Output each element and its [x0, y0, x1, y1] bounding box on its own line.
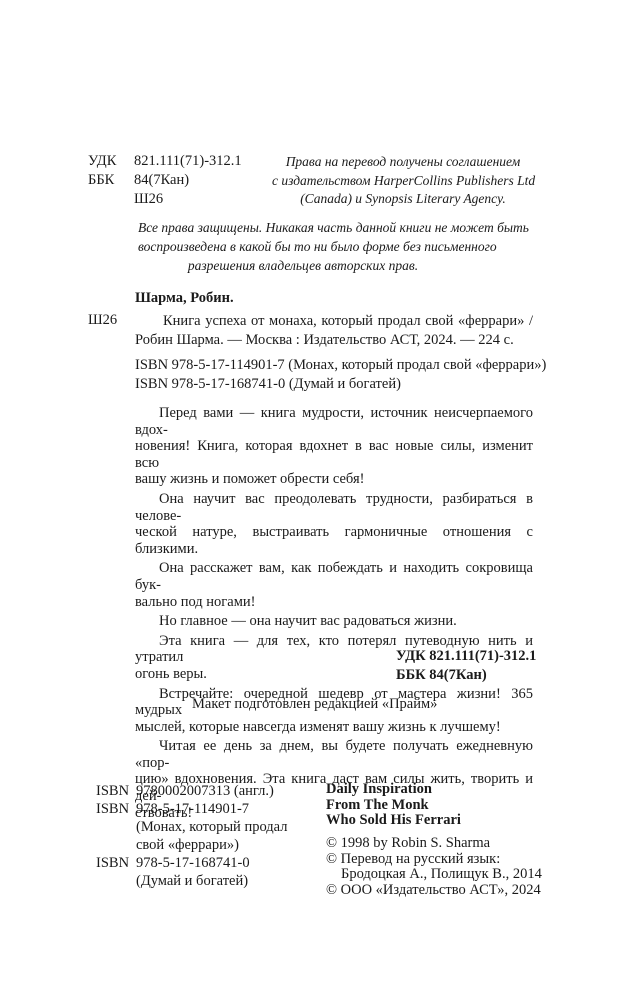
isbn-label: ISBN	[96, 854, 136, 872]
isbn-value: 978-5-17-114901-7	[136, 800, 249, 818]
annotation-line: Перед вами — книга мудрости, источник не…	[135, 405, 533, 438]
isbn-value: 978-5-17-168741-0	[136, 854, 250, 872]
annotation-line: Она научит вас преодолевать трудности, р…	[135, 491, 533, 524]
udk-label: УДК	[88, 152, 134, 171]
copyright-line: © ООО «Издательство АСТ», 2024	[326, 883, 542, 899]
copyright-line: © 1998 by Robin S. Sharma	[326, 836, 542, 852]
copyright-notices: © 1998 by Robin S. Sharma © Перевод на р…	[326, 836, 542, 898]
author-sign-code: Ш26	[88, 312, 117, 329]
isbn-line: ISBN 978-5-17-168741-0 (Думай и богатей)	[135, 375, 546, 394]
isbn-note: свой «феррари»)	[136, 836, 239, 854]
bbk-row: ББК 84(7Кан)	[88, 171, 242, 190]
annotation-line: Читая ее день за днем, вы будете получат…	[135, 738, 533, 771]
udk-bbk-footer: УДК 821.111(71)-312.1 ББК 84(7Кан)	[396, 647, 536, 684]
isbn-value: 9780002007313 (англ.)	[136, 782, 274, 800]
annotation: Перед вами — книга мудрости, источник не…	[135, 405, 533, 824]
annotation-paragraph: Она научит вас преодолевать трудности, р…	[135, 491, 533, 557]
bbk-footer: ББК 84(7Кан)	[396, 666, 536, 685]
annotation-line: Но главное — она научит вас радоваться ж…	[135, 613, 533, 630]
isbn-note: (Думай и богатей)	[136, 872, 248, 890]
original-title-line: From The Monk	[326, 798, 461, 814]
annotation-paragraph: Перед вами — книга мудрости, источник не…	[135, 405, 533, 488]
all-rights-line: воспроизведена в какой бы то ни было фор…	[138, 237, 468, 256]
annotation-paragraph: Она расскажет вам, как побеждать и наход…	[135, 560, 533, 610]
bbk-label: ББК	[88, 171, 134, 190]
annotation-line: ческой натуре, выстраивать гармоничные о…	[135, 524, 533, 557]
udk-footer: УДК 821.111(71)-312.1	[396, 647, 536, 666]
isbn-row: ISBN 978-5-17-168741-0	[96, 854, 287, 872]
rights-line: с издательством HarperCollins Publishers…	[272, 172, 534, 191]
annotation-line: вашу жизнь и поможет обрести себя!	[135, 471, 533, 488]
author-sign-row: Ш26	[88, 190, 242, 209]
classification-codes: УДК 821.111(71)-312.1 ББК 84(7Кан) Ш26	[88, 152, 242, 209]
bbk-value: 84(7Кан)	[134, 171, 189, 190]
rights-line: Права на перевод получены соглашением	[272, 153, 534, 172]
author-sign: Ш26	[134, 190, 163, 209]
isbn-note: (Монах, который продал	[136, 818, 287, 836]
isbn-note-row: (Думай и богатей)	[96, 872, 287, 890]
annotation-line: Она расскажет вам, как побеждать и наход…	[135, 560, 533, 593]
isbn-note-row: (Монах, который продал	[96, 818, 287, 836]
isbn-row: ISBN 9780002007313 (англ.)	[96, 782, 287, 800]
author-heading: Шарма, Робин.	[135, 290, 234, 307]
rights-line: (Canada) и Synopsis Literary Agency.	[272, 190, 534, 209]
isbn-row: ISBN 978-5-17-114901-7	[96, 800, 287, 818]
all-rights-reserved: Все права защищены. Никакая часть данной…	[138, 218, 468, 275]
isbn-line: ISBN 978-5-17-114901-7 (Монах, который п…	[135, 356, 546, 375]
annotation-line: вально под ногами!	[135, 594, 533, 611]
annotation-paragraph: Но главное — она научит вас радоваться ж…	[135, 613, 533, 630]
bibliographic-description: Книга успеха от монаха, который продал с…	[135, 312, 533, 350]
all-rights-line: разрешения владельцев авторских прав.	[138, 256, 468, 275]
isbn-block: ISBN 9780002007313 (англ.) ISBN 978-5-17…	[96, 782, 287, 890]
all-rights-line: Все права защищены. Никакая часть данной…	[138, 218, 468, 237]
udk-value: 821.111(71)-312.1	[134, 152, 242, 171]
bib-line: Книга успеха от монаха, который продал с…	[135, 312, 533, 331]
isbn-note-row: свой «феррари»)	[96, 836, 287, 854]
annotation-line: новения! Книга, которая вдохнет в вас но…	[135, 438, 533, 471]
annotation-line: мыслей, которые навсегда изменят вашу жи…	[135, 719, 533, 736]
isbn-label: ISBN	[96, 800, 136, 818]
layout-credit: Макет подготовлен редакцией «Прайм»	[192, 696, 437, 713]
copyright-line: © Перевод на русский язык:	[326, 852, 542, 868]
bib-line: Робин Шарма. — Москва : Издательство АСТ…	[135, 331, 533, 350]
translation-rights-note: Права на перевод получены соглашением с …	[272, 153, 534, 209]
original-title: Daily Inspiration From The Monk Who Sold…	[326, 782, 461, 829]
original-title-line: Daily Inspiration	[326, 782, 461, 798]
record-isbn-list: ISBN 978-5-17-114901-7 (Монах, который п…	[135, 356, 546, 393]
udk-row: УДК 821.111(71)-312.1	[88, 152, 242, 171]
original-title-line: Who Sold His Ferrari	[326, 813, 461, 829]
isbn-label: ISBN	[96, 782, 136, 800]
copyright-line: Бродоцкая А., Полищук В., 2014	[326, 867, 542, 883]
